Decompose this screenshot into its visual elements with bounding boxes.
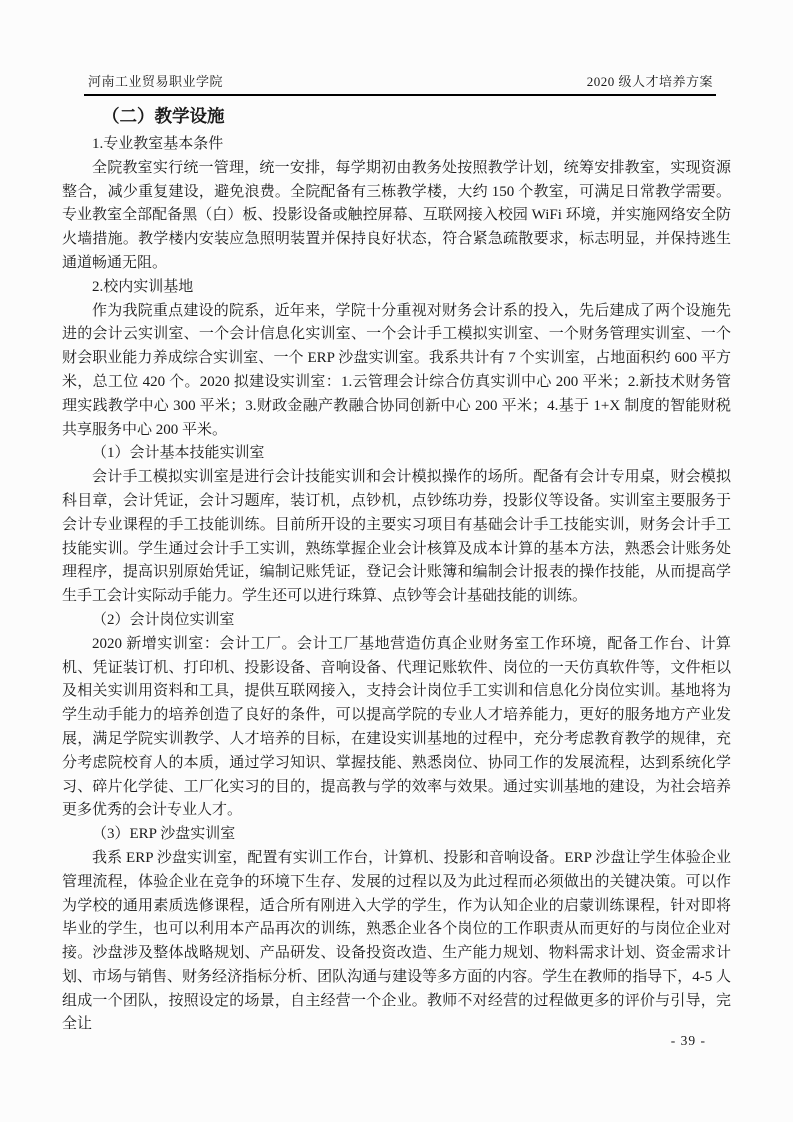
paragraph: 作为我院重点建设的院系，近年来，学院十分重视对财务会计系的投入，先后建成了两个设…	[62, 300, 731, 443]
section-basic-classroom-conditions: 1.专业教室基本条件 全院教室实行统一管理，统一安排，每学期初由教务处按照教学计…	[62, 133, 731, 276]
subsection-heading: （2）会计岗位实训室	[62, 609, 731, 633]
paragraph: 全院教室实行统一管理，统一安排，每学期初由教务处按照教学计划，统筹安排教室，实现…	[62, 157, 731, 276]
document-page: 河南工业贸易职业学院 2020 级人才培养方案 （二）教学设施 1.专业教室基本…	[0, 0, 793, 1122]
document-content: （二）教学设施 1.专业教室基本条件 全院教室实行统一管理，统一安排，每学期初由…	[62, 103, 731, 1037]
paragraph: 2020 新增实训室：会计工厂。会计工厂基地营造仿真企业财务室工作环境，配备工作…	[62, 633, 731, 823]
page-title: （二）教学设施	[62, 103, 731, 130]
section-erp-sandbox-lab: （3）ERP 沙盘实训室 我系 ERP 沙盘实训室，配置有实训工作台，计算机、投…	[62, 823, 731, 1037]
paragraph: 我系 ERP 沙盘实训室，配置有实训工作台，计算机、投影和音响设备。ERP 沙盘…	[62, 847, 731, 1037]
header-school-name: 河南工业贸易职业学院	[88, 74, 223, 90]
paragraph: 会计手工模拟实训室是进行会计技能实训和会计模拟操作的场所。配备有会计专用桌，财会…	[62, 466, 731, 609]
header-rule	[84, 94, 716, 96]
section-accounting-basic-skills-lab: （1）会计基本技能实训室 会计手工模拟实训室是进行会计技能实训和会计模拟操作的场…	[62, 442, 731, 609]
section-accounting-post-lab: （2）会计岗位实训室 2020 新增实训室：会计工厂。会计工厂基地营造仿真企业财…	[62, 609, 731, 823]
subsection-heading: 1.专业教室基本条件	[62, 133, 731, 157]
header-doc-title: 2020 级人才培养方案	[587, 74, 713, 90]
page-number: - 39 -	[671, 1033, 706, 1049]
page-header: 河南工业贸易职业学院 2020 级人才培养方案	[84, 0, 716, 94]
section-campus-training-base: 2.校内实训基地 作为我院重点建设的院系，近年来，学院十分重视对财务会计系的投入…	[62, 276, 731, 443]
subsection-heading: （3）ERP 沙盘实训室	[62, 823, 731, 847]
subsection-heading: 2.校内实训基地	[62, 276, 731, 300]
subsection-heading: （1）会计基本技能实训室	[62, 442, 731, 466]
